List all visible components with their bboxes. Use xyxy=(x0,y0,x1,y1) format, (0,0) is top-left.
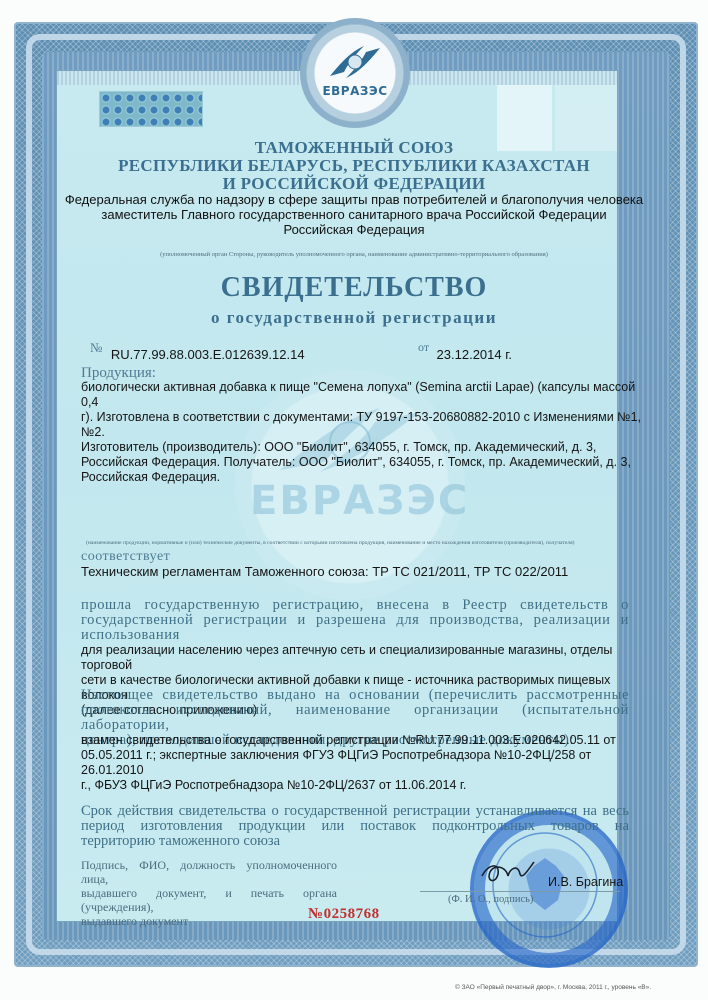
agency-line-3: Российская Федерация xyxy=(0,222,708,238)
signer-name-caption: (Ф. И. О., подпись) xyxy=(448,894,533,905)
basis-line: взамен свидетельства о государственной р… xyxy=(81,733,641,748)
union-title-line-2: РЕСПУБЛИКИ БЕЛАРУСЬ, РЕСПУБЛИКИ КАЗАХСТА… xyxy=(0,157,708,175)
basis-heading-line: протоколы исследований, наименование орг… xyxy=(81,703,629,733)
registration-number: RU.77.99.88.003.Е.012639.12.14 xyxy=(111,347,305,362)
basis-heading-line: Настоящее свидетельство выдано на основа… xyxy=(81,688,629,703)
validity-line: период изготовления продукции или постав… xyxy=(81,819,629,834)
certificate-subtitle: о государственной регистрации xyxy=(0,308,708,328)
registration-statement: прошла государственную регистрацию, внес… xyxy=(81,598,629,643)
product-line: Российская Федерация. xyxy=(81,470,641,485)
agency-line-1: Федеральная служба по надзору в сфере за… xyxy=(0,192,708,208)
signature-caption-line: выдавшего документ xyxy=(81,914,337,928)
signature-icon xyxy=(478,858,538,888)
signature-caption-line: выдавшего документ, и печать органа (учр… xyxy=(81,886,337,914)
product-line: Российская Федерация. Получатель: ООО "Б… xyxy=(81,455,641,470)
signer-name: И.В. Брагина xyxy=(548,875,623,890)
basis-line: г., ФБУЗ ФЦГиЭ Роспотребнадзора №10-2ФЦ/… xyxy=(81,778,641,793)
validity-line: территорию таможенного союза xyxy=(81,834,629,849)
number-label: № xyxy=(90,340,102,355)
union-title-line-3: И РОССИЙСКОЙ ФЕДЕРАЦИИ xyxy=(0,175,708,193)
printer-note: © ЗАО «Первый печатный двор», г. Москва,… xyxy=(455,984,651,991)
product-description: биологически активная добавка к пище "Се… xyxy=(81,380,641,485)
product-line: г). Изготовлена в соответствии с докумен… xyxy=(81,410,641,440)
product-line: Изготовитель (производитель): ООО "Биоли… xyxy=(81,440,641,455)
signature-caption-line: Подпись, ФИО, должность уполномоченного … xyxy=(81,858,337,886)
basis-line: 05.05.2011 г.; экспертные заключения ФГУ… xyxy=(81,748,641,778)
union-title-line-1: ТАМОЖЕННЫЙ СОЮЗ xyxy=(0,139,708,157)
agency-caption: (уполномоченный орган Стороны, руководит… xyxy=(0,251,708,258)
registration-date: 23.12.2014 г. xyxy=(437,347,512,362)
statement-line: использования xyxy=(81,628,629,643)
validity-statement: Срок действия свидетельства о государств… xyxy=(81,804,629,849)
date-label: от xyxy=(418,340,429,354)
conformity-label: соответствует xyxy=(81,549,170,565)
certificate-title: СВИДЕТЕЛЬСТВО xyxy=(0,272,708,304)
basis-documents: взамен свидетельства о государственной р… xyxy=(81,733,641,793)
signature-caption: Подпись, ФИО, должность уполномоченного … xyxy=(81,858,337,928)
product-caption: (наименование продукции, нормативные и (… xyxy=(86,540,646,546)
validity-line: Срок действия свидетельства о государств… xyxy=(81,804,629,819)
usage-line: для реализации населению через аптечную … xyxy=(81,643,641,673)
serial-number: №0258768 xyxy=(308,906,380,923)
registration-number-row: № RU.77.99.88.003.Е.012639.12.14 xyxy=(90,340,305,358)
agency-line-2: заместитель Главного государственного са… xyxy=(0,207,708,223)
statement-line: прошла государственную регистрацию, внес… xyxy=(81,598,629,613)
registration-date-row: от 23.12.2014 г. xyxy=(418,340,512,358)
certificate-content: ТАМОЖЕННЫЙ СОЮЗ РЕСПУБЛИКИ БЕЛАРУСЬ, РЕС… xyxy=(0,0,708,1000)
conformity-value: Техническим регламентам Таможенного союз… xyxy=(81,564,568,579)
statement-line: государственной регистрации и разрешена … xyxy=(81,613,629,628)
product-line: биологически активная добавка к пище "Се… xyxy=(81,380,641,410)
signature-rule xyxy=(420,891,620,892)
